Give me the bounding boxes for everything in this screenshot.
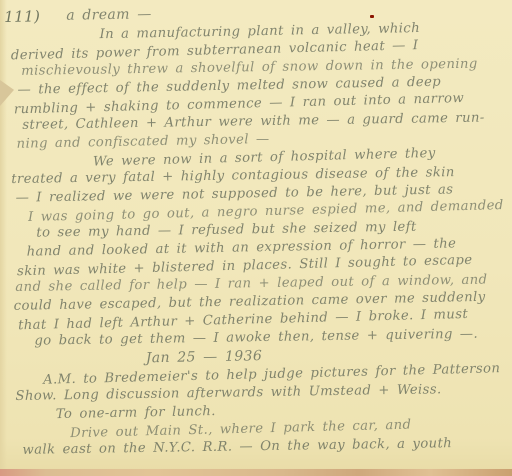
dream-entry-heading: a dream — — [66, 5, 152, 25]
diary-page: 111) a dream — In a manufacturing plant … — [0, 0, 512, 476]
page-number: 111) — [4, 7, 40, 26]
paper-bottom-edge — [0, 469, 512, 476]
handwritten-text-block: 111) a dream — In a manufacturing plant … — [4, 0, 512, 461]
